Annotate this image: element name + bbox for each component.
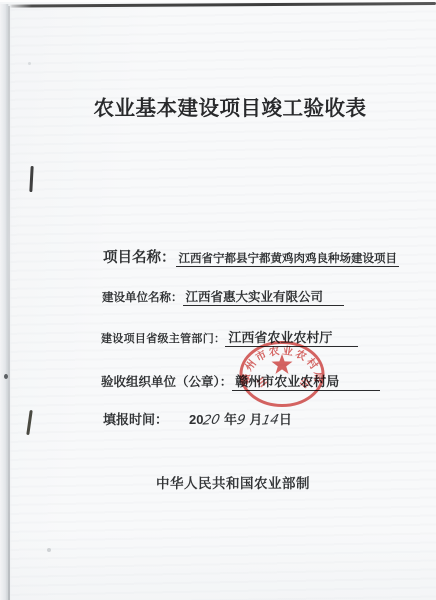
field-label: 验收组织单位（公章）： [101,375,232,389]
date-day-unit: 日 [279,412,292,427]
scanned-form-page: 农业基本建设项目竣工验收表 项目名称：江西省宁都县宁都黄鸡肉鸡良种场建设项目 建… [0,0,436,600]
field-construction-unit: 建设单位名称：江西省惠大实业有限公司 [102,287,344,305]
field-label: 建设单位名称： [102,292,183,304]
field-project-name: 项目名称：江西省宁都县宁都黄鸡肉鸡良种场建设项目 [103,246,399,267]
form-footer: 中华人民共和国农业部制 [0,472,436,492]
field-label: 建设项目省级主管部门： [101,333,225,345]
scan-smudge [28,62,31,65]
staple-mark [26,410,32,435]
form-title: 农业基本建设项目竣工验收表 [0,91,436,121]
date-day-handwritten: 14 [261,412,280,428]
field-label: 项目名称： [103,250,176,266]
scan-smudge [47,548,51,552]
scan-smudge [4,374,8,379]
seal-bottom-marks [257,377,311,388]
official-seal: 赣州市农业农村局 [237,339,327,409]
field-fill-date: 填报时间：2020年9月14日 [103,409,292,428]
staple-mark [29,166,33,192]
date-month-handwritten: 9 [236,413,247,429]
date-year-handwritten: 20 [202,412,221,428]
field-value-underlined: 江西省惠大实业有限公司 [183,290,345,306]
seal-ring [241,343,323,406]
field-label: 填报时间： [103,412,168,427]
scan-top-edge [6,2,436,8]
field-value-underlined: 江西省宁都县宁都黄鸡肉鸡良种场建设项目 [176,253,400,267]
